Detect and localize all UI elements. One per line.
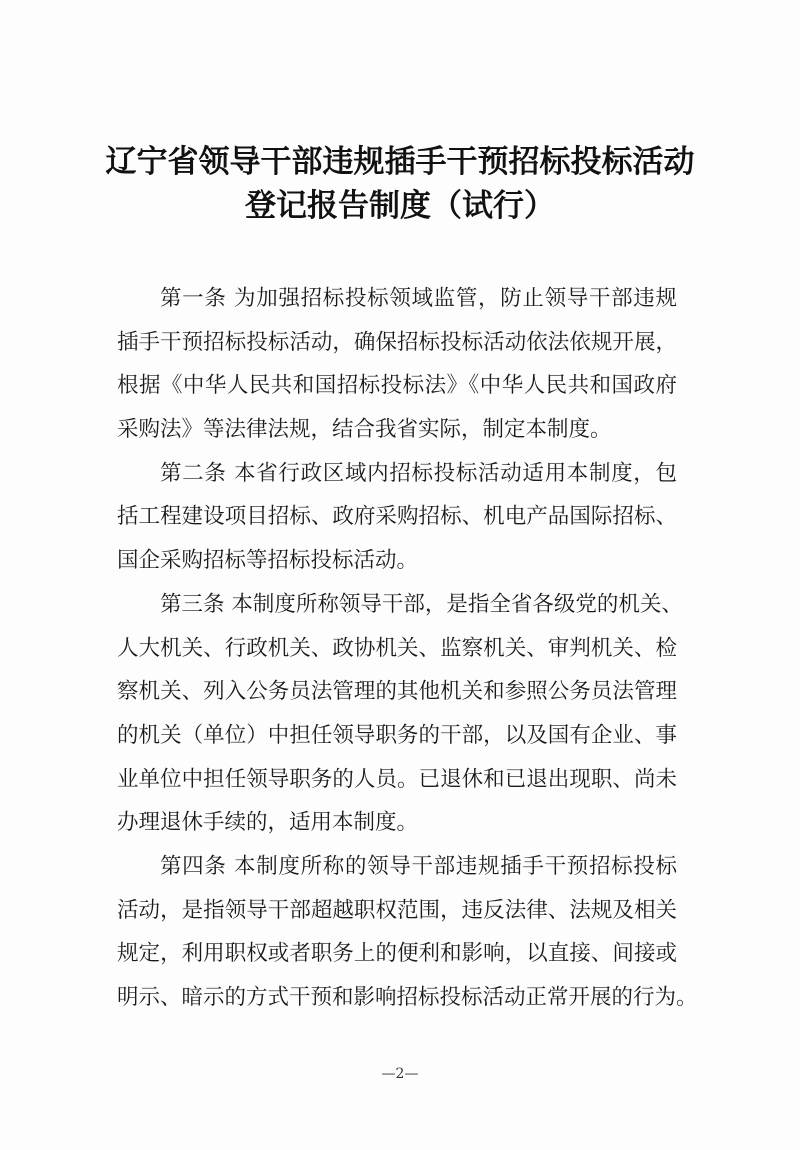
article-line: 察机关、列入公务员法管理的其他机关和参照公务员法管理 (117, 670, 677, 714)
document-page: 辽宁省领导干部违规插手干预招标投标活动 登记报告制度（试行） 第一条 为加强招标… (0, 0, 800, 1150)
article-line: 国企采购招标等招标投标活动。 (117, 539, 677, 583)
article-line: 插手干预招标投标活动，确保招标投标活动依法依规开展， (117, 321, 677, 365)
article-line: 办理退休手续的，适用本制度。 (117, 801, 677, 845)
document-title-line-1: 辽宁省领导干部违规插手干预招标投标活动 (0, 136, 800, 181)
article-line: 采购法》等法律法规，结合我省实际，制定本制度。 (117, 408, 677, 452)
article-line: 明示、暗示的方式干预和影响招标投标活动正常开展的行为。 (117, 976, 677, 1020)
article-line: 的机关（单位）中担任领导职务的干部，以及国有企业、事 (117, 714, 677, 758)
document-title-line-2: 登记报告制度（试行） (0, 180, 800, 225)
article-line: 括工程建设项目招标、政府采购招标、机电产品国际招标、 (117, 495, 677, 539)
article-line: 第一条 为加强招标投标领域监管，防止领导干部违规 (117, 277, 677, 321)
page-number: —2— (0, 1066, 800, 1082)
article-4: 第四条 本制度所称的领导干部违规插手干预招标投标 活动，是指领导干部超越职权范围… (117, 845, 677, 1020)
article-line: 业单位中担任领导职务的人员。已退休和已退出现职、尚未 (117, 758, 677, 802)
article-line: 活动，是指领导干部超越职权范围，违反法律、法规及相关 (117, 889, 677, 933)
article-3: 第三条 本制度所称领导干部，是指全省各级党的机关、 人大机关、行政机关、政协机关… (117, 583, 677, 845)
article-1: 第一条 为加强招标投标领域监管，防止领导干部违规 插手干预招标投标活动，确保招标… (117, 277, 677, 452)
article-line: 人大机关、行政机关、政协机关、监察机关、审判机关、检 (117, 627, 677, 671)
article-line: 根据《中华人民共和国招标投标法》《中华人民共和国政府 (117, 364, 677, 408)
article-line: 第三条 本制度所称领导干部，是指全省各级党的机关、 (117, 583, 677, 627)
document-body: 第一条 为加强招标投标领域监管，防止领导干部违规 插手干预招标投标活动，确保招标… (117, 277, 677, 1020)
article-line: 第四条 本制度所称的领导干部违规插手干预招标投标 (117, 845, 677, 889)
article-line: 规定，利用职权或者职务上的便利和影响，以直接、间接或 (117, 932, 677, 976)
article-2: 第二条 本省行政区域内招标投标活动适用本制度，包 括工程建设项目招标、政府采购招… (117, 452, 677, 583)
article-line: 第二条 本省行政区域内招标投标活动适用本制度，包 (117, 452, 677, 496)
